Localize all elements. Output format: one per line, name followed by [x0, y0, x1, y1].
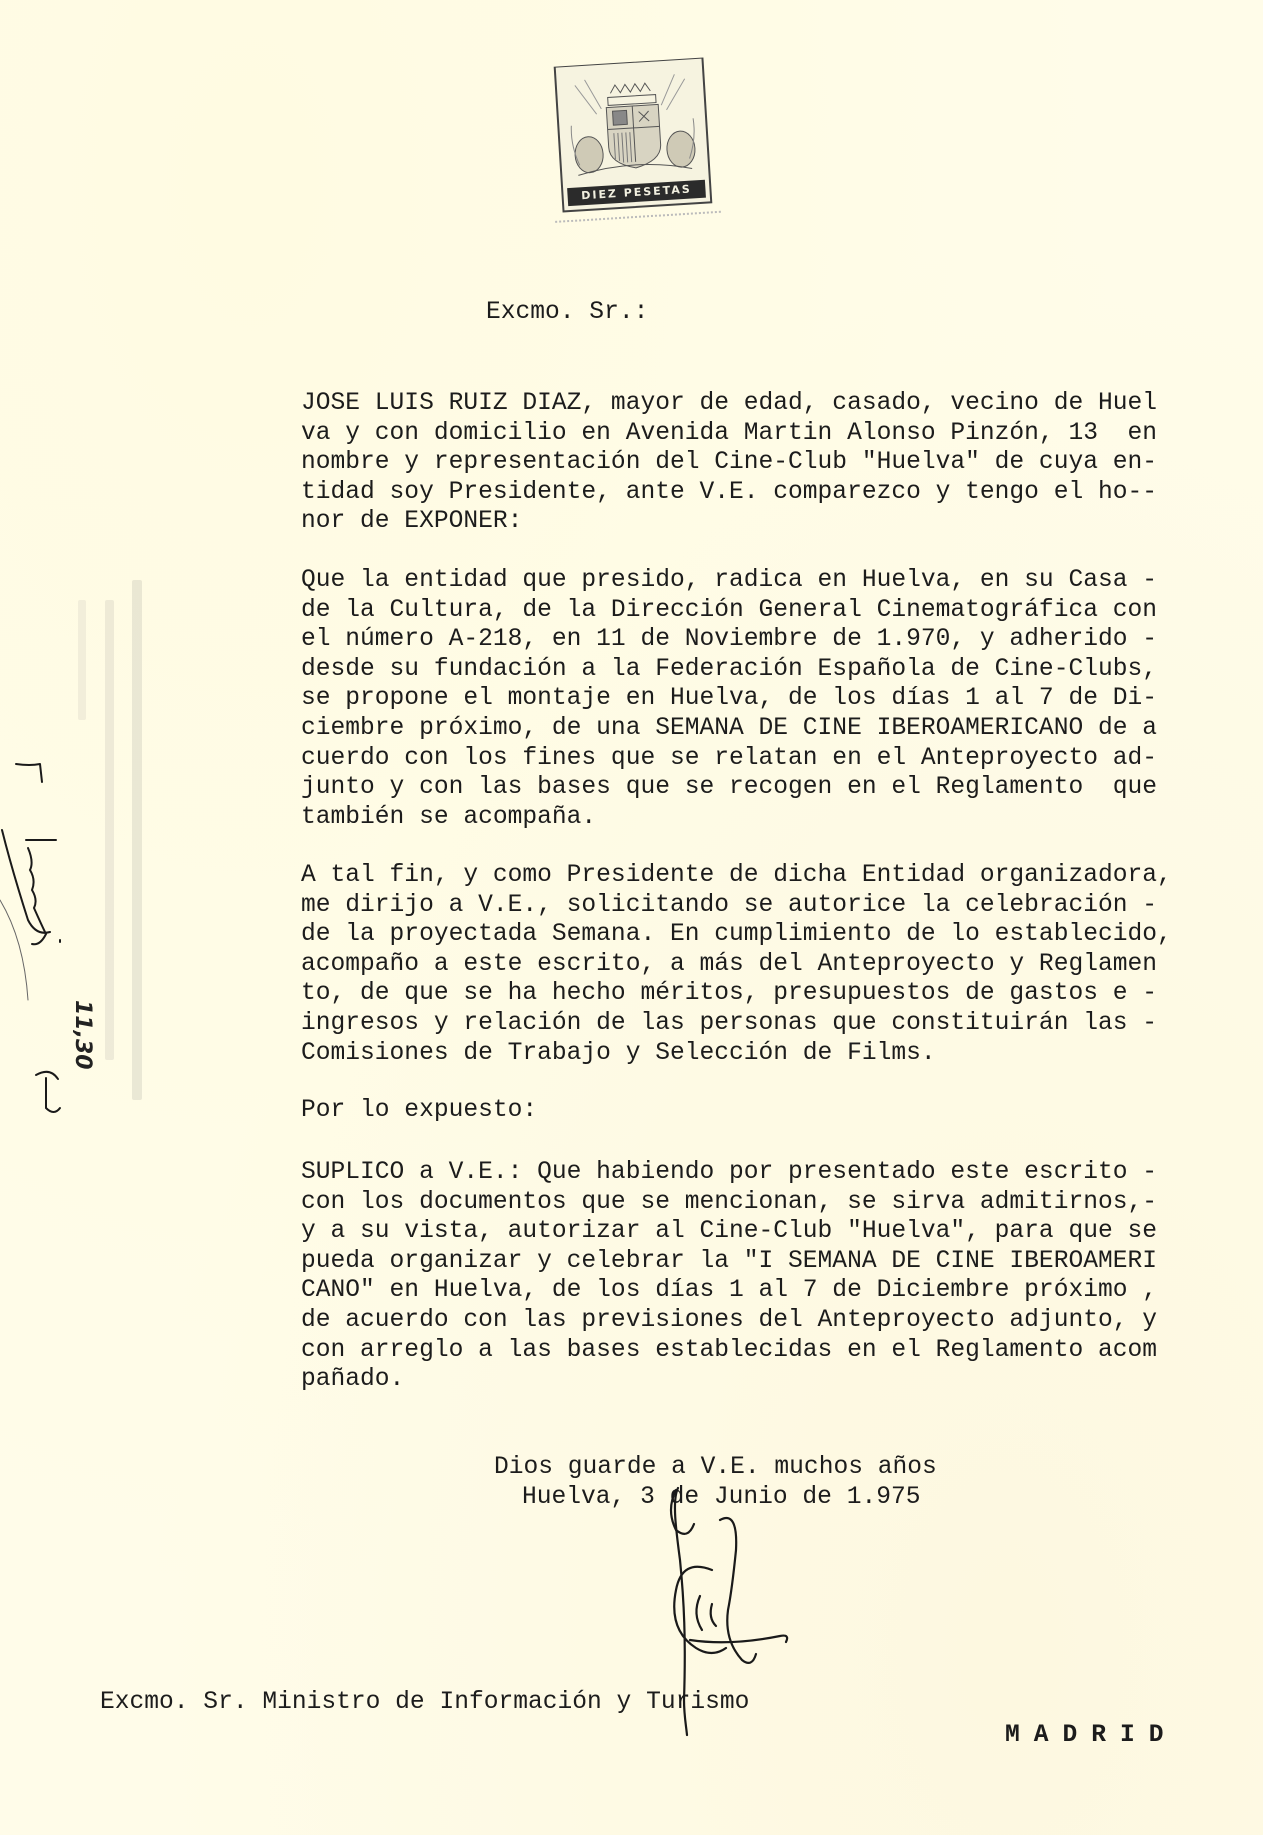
document-page: DIEZ PESETAS Excmo. Sr.: JOSE LUIS RUIZ …	[0, 0, 1263, 1835]
text-line: de la proyectada Semana. En cumplimiento…	[301, 920, 1172, 950]
text-line: desde su fundación a la Federación Españ…	[301, 655, 1157, 685]
fiscal-stamp: DIEZ PESETAS	[554, 58, 713, 213]
text-line: el número A-218, en 11 de Noviembre de 1…	[301, 625, 1157, 655]
text-line: cuerdo con los fines que se relatan en e…	[301, 744, 1157, 774]
text-line: Comisiones de Trabajo y Selección de Fil…	[301, 1039, 1172, 1069]
text-line: de la Cultura, de la Dirección General C…	[301, 596, 1157, 626]
stamp-perforation	[555, 211, 721, 223]
text-line: nombre y representación del Cine-Club "H…	[301, 448, 1157, 478]
text-line: pañado.	[301, 1365, 1157, 1395]
addressee-city: MADRID	[1005, 1721, 1178, 1751]
text-line: va y con domicilio en Avenida Martin Alo…	[301, 419, 1157, 449]
paragraph-introduction: JOSE LUIS RUIZ DIAZ, mayor de edad, casa…	[301, 389, 1157, 537]
paragraph-petition: SUPLICO a V.E.: Que habiendo por present…	[301, 1158, 1157, 1395]
handwritten-time: 11,30	[70, 1000, 95, 1070]
text-line: ciembre próximo, de una SEMANA DE CINE I…	[301, 714, 1157, 744]
text-line: también se acompaña.	[301, 803, 1157, 833]
text-line: to, de que se ha hecho méritos, presupue…	[301, 979, 1172, 1009]
text-line: junto y con las bases que se recogen en …	[301, 773, 1157, 803]
salutation: Excmo. Sr.:	[486, 298, 648, 328]
text-line: nor de EXPONER:	[301, 507, 1157, 537]
text-line: y a su vista, autorizar al Cine-Club "Hu…	[301, 1217, 1157, 1247]
text-line: A tal fin, y como Presidente de dicha En…	[301, 861, 1172, 891]
paragraph-request: A tal fin, y como Presidente de dicha En…	[301, 861, 1172, 1068]
lead-in: Por lo expuesto:	[301, 1096, 537, 1126]
handwritten-date-note-icon	[0, 764, 60, 1112]
text-line: con los documentos que se mencionan, se …	[301, 1188, 1157, 1218]
closing-formula: Dios guarde a V.E. muchos años	[494, 1453, 937, 1483]
text-line: pueda organizar y celebrar la "I SEMANA …	[301, 1247, 1157, 1277]
text-line: tidad soy Presidente, ante V.E. comparez…	[301, 478, 1157, 508]
text-line: CANO" en Huelva, de los días 1 al 7 de D…	[301, 1276, 1157, 1306]
text-line: Que la entidad que presido, radica en Hu…	[301, 566, 1157, 596]
text-line: SUPLICO a V.E.: Que habiendo por present…	[301, 1158, 1157, 1188]
text-line: se propone el montaje en Huelva, de los …	[301, 684, 1157, 714]
text-line: me dirijo a V.E., solicitando se autoric…	[301, 891, 1172, 921]
place-and-date: Huelva, 3 de Junio de 1.975	[522, 1483, 920, 1513]
addressee: Excmo. Sr. Ministro de Información y Tur…	[100, 1688, 749, 1718]
text-line: con arreglo a las bases establecidas en …	[301, 1336, 1157, 1366]
text-line: de acuerdo con las previsiones del Antep…	[301, 1306, 1157, 1336]
paragraph-exposition: Que la entidad que presido, radica en Hu…	[301, 566, 1157, 832]
text-line: JOSE LUIS RUIZ DIAZ, mayor de edad, casa…	[301, 389, 1157, 419]
text-line: ingresos y relación de las personas que …	[301, 1009, 1172, 1039]
text-line: acompaño a este escrito, a más del Antep…	[301, 950, 1172, 980]
